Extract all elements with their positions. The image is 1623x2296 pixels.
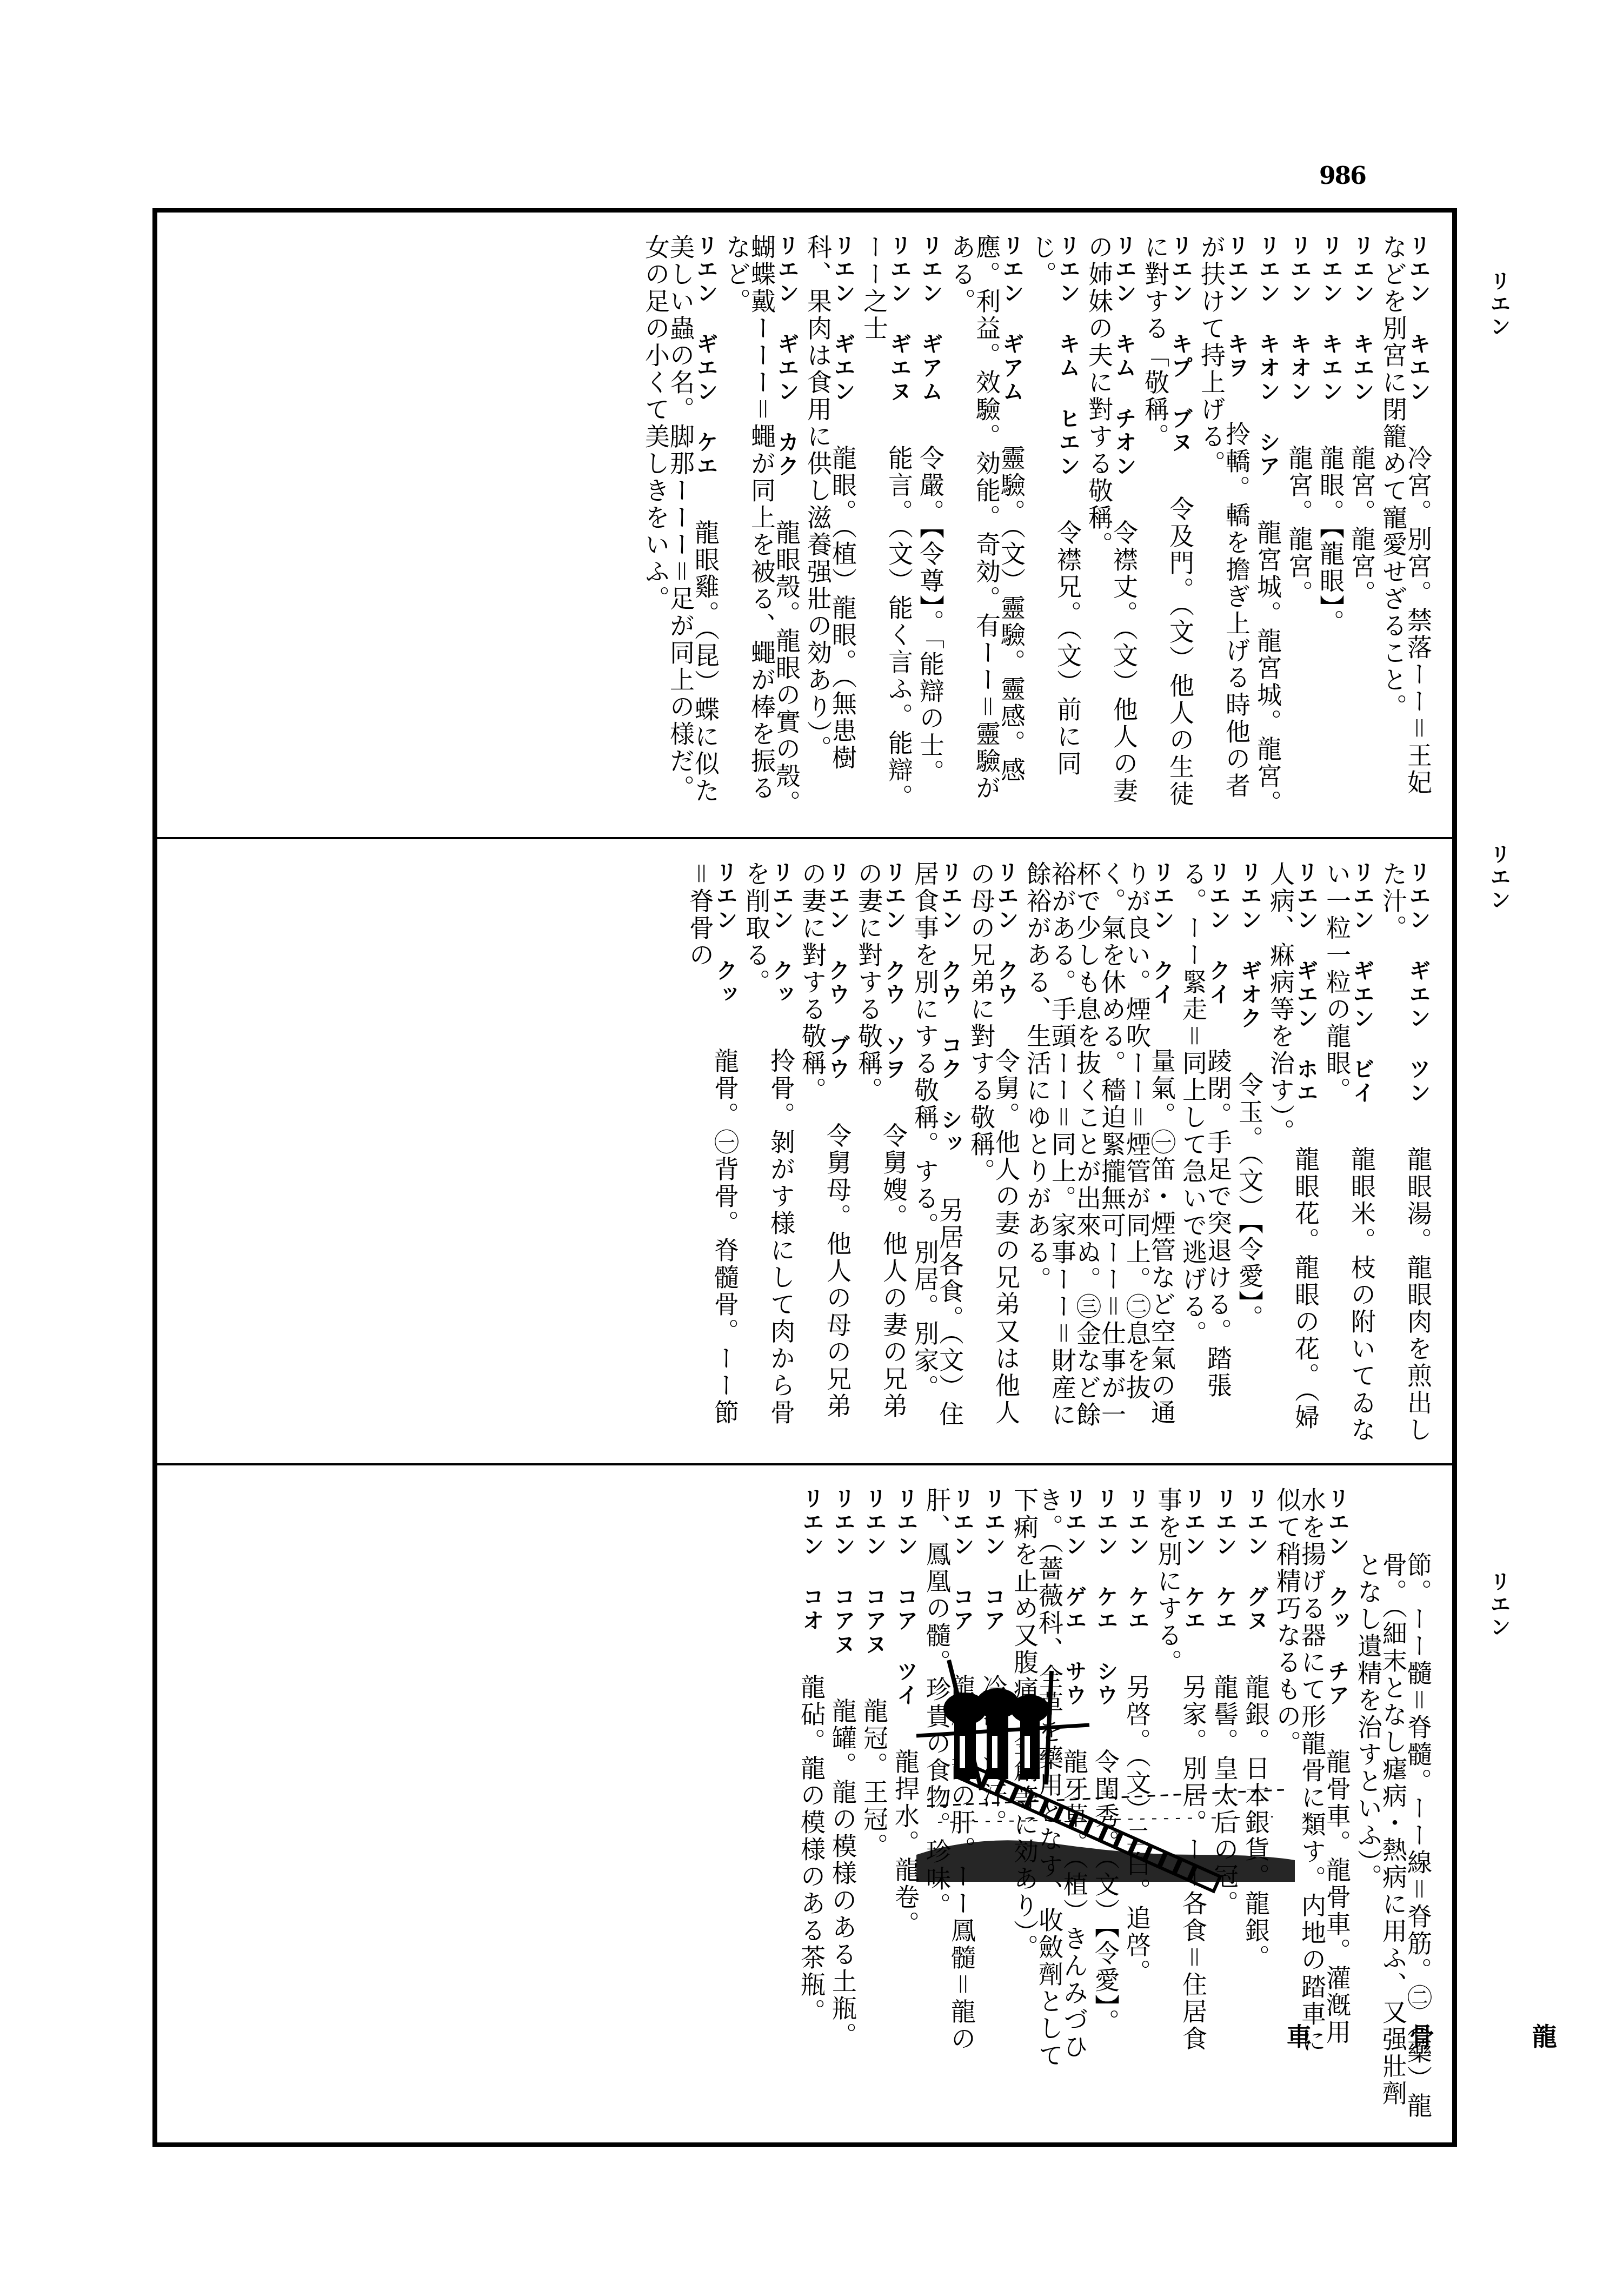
entry-reading: リエン ギエヌ [887,234,912,404]
entry-reading: リエン コオ [799,1487,824,1633]
entry-reading: リエン クウ [994,861,1019,1007]
entry-reading: リエン ギエン カク [774,234,799,479]
dictionary-entry: リエン キヲ 拎轎。轎を擔ぎ上げる時他の者が扶けて持上げる。 [1199,234,1249,818]
entry-reading: リエン クイ [1206,861,1230,1007]
section-middle: リエン ギエン ツン 龍眼湯。龍眼肉を煎出した汁。リエン ギエン ビイ 龍眼米。… [157,839,1452,1463]
entry-reading: リエン グヌ [1243,1487,1268,1633]
entry-reading: リエン コアヌ [830,1487,855,1657]
entry-reading: リエン クッ [713,861,737,1007]
dictionary-entry: リエン キオン 龍宮。龍宮。 [1287,234,1312,818]
dictionary-entry: リエン キム ヒエン 令襟兄。（文）前に同じ。 [1030,234,1080,818]
dictionary-entry: リエン キオン シア 龍宮城。龍宮城。龍宮。 [1255,234,1280,818]
entry-reading: リエン ギアム [999,234,1024,404]
entry-reading: リエン キエン [1349,234,1374,404]
entry-gloss: 龍宮。龍宮。 [1347,445,1376,607]
entry-gloss: 龍砧。龍の模様のある茶瓶。 [797,1674,826,2026]
entry-gloss: 龍宮城。龍宮城。龍宮。 [1253,520,1282,817]
dictionary-entry: リエン クウ ブウ 令舅母。他人の母の兄弟の妻に對する敬稱。 [800,861,850,1445]
entry-reading: リエン キオン シア [1255,234,1280,479]
entry-reading: リエン キム ヒエン [1055,234,1080,479]
entry-gloss: 龍宮。龍宮。 [1285,445,1314,607]
entry-reading: リエン キプ ブヌ [1168,234,1193,455]
margin-header-bottom: リエン [1484,1571,1514,1639]
entry-reading: リエン ギアム [918,234,943,404]
dictionary-entry: リエン ギオク 令玉。（文）【令愛】。 [1237,861,1262,1445]
dictionary-entry: リエン キエン 龍宮。龍宮。 [1349,234,1374,818]
entry-reading: リエン ギオク [1237,861,1262,1031]
entry-gloss: 龍捍水。龍卷。 [891,1749,920,1938]
dictionary-entry: リエン キプ ブヌ 令及門。（文）他人の生徒に對する「敬稱。 [1143,234,1193,818]
dictionary-entry: リエン ギエン カク 龍眼殼。龍眼の實の殼。蝴蝶戴ーーー＝蠅が同上を被る、蠅が棒… [724,234,799,818]
dictionary-entry: リエン コオ 龍砧。龍の模様のある茶瓶。 [799,1487,824,2071]
dictionary-entry: リエン キエン 龍眼。【龍眼】。 [1318,234,1343,818]
entry-reading: リエン クウ ブウ [825,861,850,1081]
entry-reading: リエン キオン [1287,234,1312,404]
dictionary-entry: リエン ギエン ケエ 龍眼雞。（昆）蝶に似た美しい蟲の名。脚那ーーー＝足が同上の… [643,234,718,818]
dictionary-entry: リエン クウ ソヲ 令舅嫂。他人の妻の兄弟の妻に對する敬稱。 [856,861,906,1445]
dictionary-entry: リエン ギエン ツン 龍眼湯。龍眼肉を煎出した汁。 [1381,861,1431,1445]
entry-reading: リエン ギエン ホエ [1293,861,1318,1105]
entry-reading: リエン クッ [769,861,794,1007]
dictionary-entry: リエン ギアム 令嚴。【令尊】。「能辯の士。 [918,234,943,818]
entry-reading: リエン コアヌ [862,1487,887,1657]
dictionary-entry: リエン クイ 量氣。㊀笛・煙管など空氣の通りが良い。煙吹ーー＝煙管が同上。㊁息を… [1025,861,1174,1445]
entry-reading: リエン クッ チア [1325,1487,1349,1708]
entry-gloss: 令嚴。【令尊】。「能辯の士。 [916,445,945,786]
illustration-caption: 龍 骨 車 [1287,2017,1557,2053]
entry-reading: リエン クイ [1149,861,1174,1007]
dictionary-entry: リエン ギアム 靈驗。（文）靈驗。靈感。感應。利益。效驗。効能。奇効。有ーー＝靈… [949,234,1024,818]
dictionary-entry: リエン コアヌ 龍冠。王冠。 [862,1487,887,2071]
page-number: 986 [1319,162,1366,190]
dragon-bone-waterwheel-illustration [916,1628,1295,1930]
dictionary-entry: リエン クウ コク シッ 另居各食。（文）住居食事を別にする敬稱。する。別居。別… [913,861,962,1445]
entry-reading: リエン ケエ [1125,1487,1149,1633]
dictionary-entry: リエン ギエン 龍眼。（植）龍眼。（無患樹科、果肉は食用に供し滋養强壯の効あり）… [806,234,855,818]
margin-header-top: リエン [1484,270,1514,339]
entry-reading: リエン ギエン [830,234,855,404]
dictionary-entry: リエン ギエン ビイ 龍眼米。枝の附いてゐない一粒一粒の龍眼。 [1325,861,1374,1445]
entry-reading: リエン ケエ [1212,1487,1237,1633]
dictionary-entry: リエン コア ツイ 龍捍水。龍卷。 [893,1487,918,2071]
entry-gloss: 龍眼。【龍眼】。 [1316,445,1345,636]
entry-reading: リエン ケエ [1181,1487,1206,1633]
dictionary-entry: リエン ギエヌ 能言。（文）能く言ふ。能辯。ーー之士 [862,234,912,818]
entry-gloss: 龍罐。龍の模様のある土瓶。 [828,1698,857,2049]
caption-char: 車 [1287,2017,1312,2053]
dictionary-entry: リエン ギエン ホエ 龍眼花。龍眼の花。（婦人病、痳病等を治す）。 [1268,861,1318,1445]
entry-gloss: 令玉。（文）【令愛】。 [1235,1072,1264,1332]
entry-reading: リエン ギエン ツン [1406,861,1431,1105]
margin-header-middle: リエン [1484,844,1514,912]
entry-reading: リエン クウ コク シッ [937,861,962,1156]
entry-reading: リエン ギエン ケエ [693,234,718,479]
entry-reading: リエン クウ ソヲ [881,861,906,1081]
entry-reading: リエン キム チオン [1112,234,1136,479]
dictionary-entry: リエン コアヌ 龍罐。龍の模様のある土瓶。 [830,1487,855,2071]
dictionary-entry: リエン キム チオン 令襟丈。（文）他人の妻の姉妹の夫に對する敬稱。 [1087,234,1136,818]
entry-reading: リエン ギエン ビイ [1349,861,1374,1105]
entry-reading: リエン キエン [1318,234,1343,404]
entry-reading: リエン コア ツイ [893,1487,918,1708]
entry-gloss: 龍冠。王冠。 [860,1698,889,1860]
entry-reading: リエン コア [949,1487,974,1633]
dictionary-entry: リエン キエン 冷宮。別宮。禁落ーー＝王妃などを別宮に閉籠めて寵愛せざること。 [1381,234,1431,818]
dictionary-entry: リエン クイ 踜閉。手足で突退ける。踏張る。ーー緊走＝同上して急いで逃げる。 [1181,861,1230,1445]
section-top: リエン キエン 冷宮。別宮。禁落ーー＝王妃などを別宮に閉籠めて寵愛せざること。リ… [157,213,1452,837]
entry-reading: リエン キヲ [1224,234,1249,380]
entry-reading: リエン コア [981,1487,1006,1633]
caption-char: 龍 [1532,2017,1557,2053]
dictionary-entry: リエン クッ 龍骨。㊀背骨。脊髓骨。ーー節＝脊骨の [688,861,737,1445]
entry-reading: リエン キエン [1406,234,1431,404]
caption-char: 骨 [1409,2017,1434,2053]
dictionary-entry: リエン クッ 拎骨。剝がす様にして肉から骨を削取る。 [744,861,794,1445]
dictionary-entry: リエン クウ 令舅。他人の妻の兄弟又は他人の母の兄弟に對する敬稱。 [969,861,1019,1445]
